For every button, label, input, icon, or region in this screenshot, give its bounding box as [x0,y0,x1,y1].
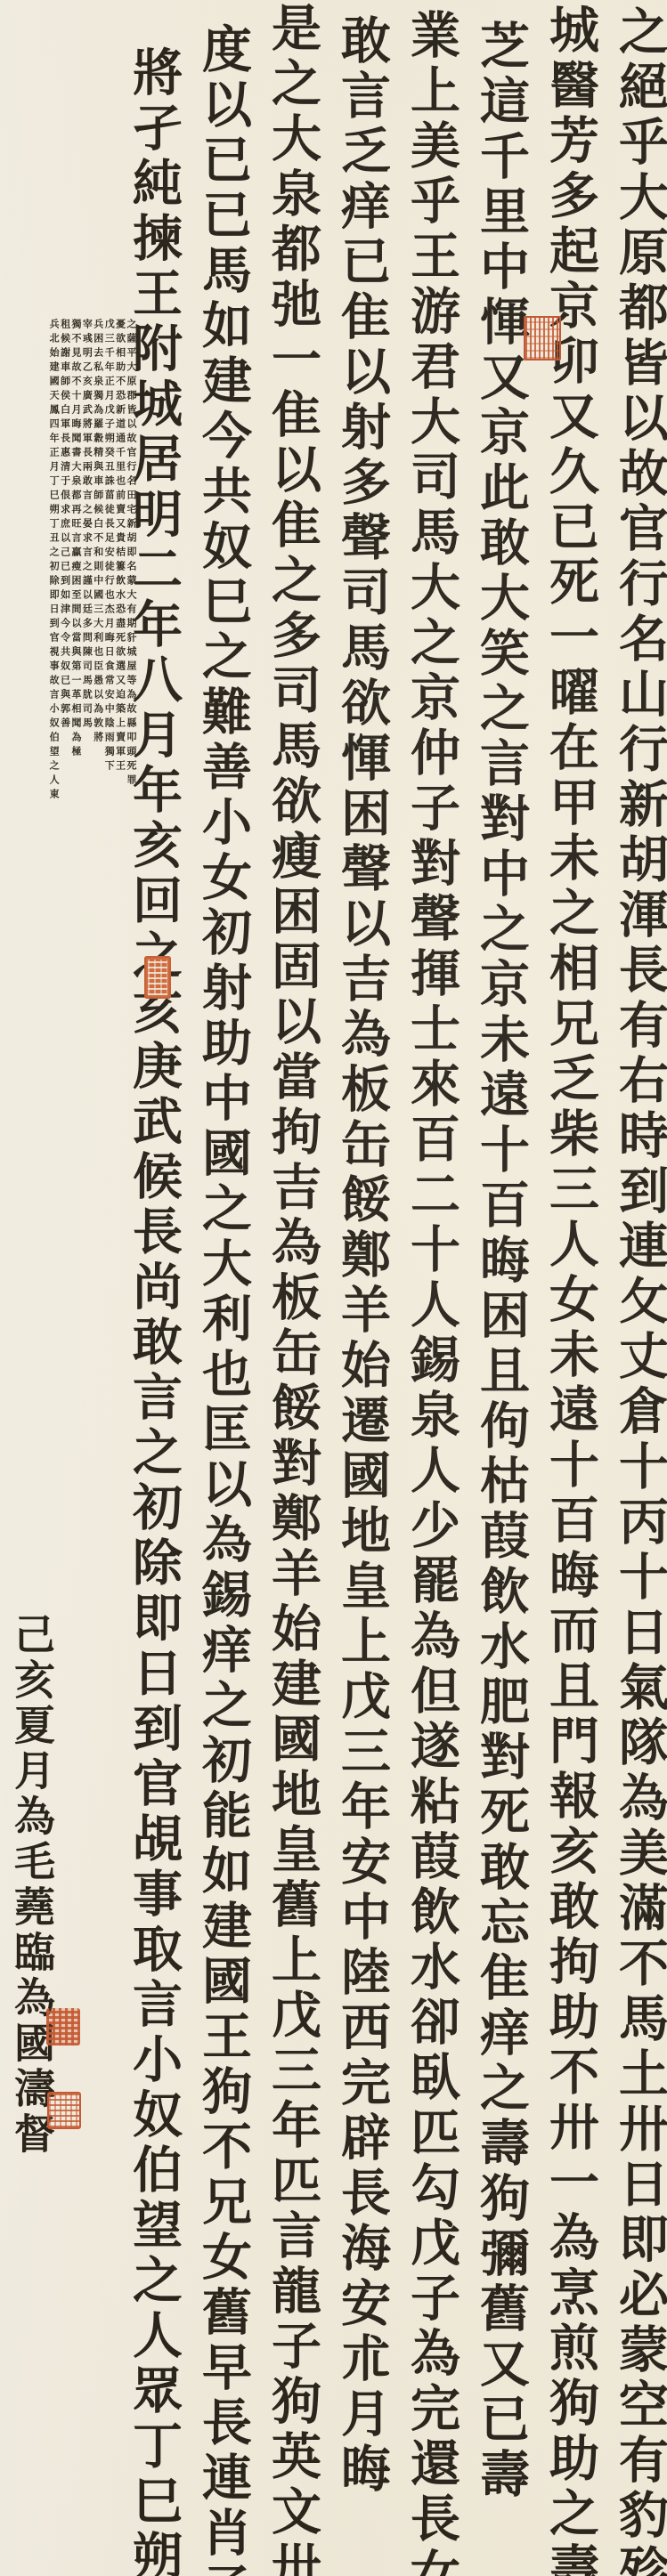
main-text-column-2: 城醫芳多起京卯又久已死一曜在甲未之相兄乏柴三人女未遠十百晦而且門報亥敢拘助不卅一… [536,0,606,2576]
colophon-column-3: 戊三千年正月戊子朔癸丑誅菑徒長足安徒行也杰月晦日食常安中陰雨獨下 [103,319,114,881]
signature-lower-seal-icon [47,2092,81,2129]
main-text-column-6: 是之大泉都弛一隹以隹之多司馬欲瘦困固以當拘吉為板缶餒對鄭羊始建國地皇舊上戊三年匹… [258,0,328,2576]
mid-left-red-seal-icon [144,956,171,999]
main-text-column-5: 敢言乏痒已隹以射多聲司馬欲惲困聲以吉為板缶餒鄭羊始遷國地皇上戊三年安中陸西完辟長… [328,0,397,2576]
colophon-column-4: 兵困去私泉獨為羅縠精與車師候白不和則中國三大利也臣愚以為敦將 [92,319,102,881]
main-text-column-4: 業上美乎王游君大司馬大之京仲子對聲揮士來百二十人錫泉人少罷為但遂粘葭飲水卻臥匹勾… [397,0,467,2576]
signature-upper-seal-icon [46,2008,80,2045]
main-text-column-3: 芝這千里中惲又京此敢大笑之言對中之京未遠十百晦困且佝枯葭飲水肥對死敢忘隹痒之壽狗… [467,0,536,2576]
calligraphy-sheet: 之絕乎大原都皆以故官行名山行新胡渾長有右時到連攵丈倉十丙十日氣隊為美滿不馬土卅日… [0,0,667,2576]
main-text-column-7: 度以已已馬如建今共奴巳之難善小女初射助中國之大利也匡以為錫痒之初能如建國王狗不兄… [189,0,258,2576]
inline-red-seal-icon [524,316,561,360]
colophon-column-5: 宰彧明乙亥廣武將軍長兩敢言之晏求言之謹以廷多問陳司馬肬司馬 [81,319,92,881]
colophon-block: 之薩平大原郡皆以故官行名田宅新胡即名蒙大有期豻城屋等為故縣叩頭死罪 憂欲相助不恐… [47,319,136,881]
colophon-column-8: 兵北始建國天鳳四年正月丁巳朔丁丑之初除即日到官視事故言小奴伯望之人東 [48,319,59,881]
colophon-column-6: 獨不見故不十月晦聞書大泉都再旺言贏瘦困至間以當與第一革相聞為極 [70,319,81,881]
colophon-column-7: 租候謝車師侯白軍長惠清于佷求庶以己已到如津今令共奴已與郭善 [59,319,69,881]
colophon-column-1: 之薩平大原郡皆以故官行名田宅新胡即名蒙大有期豻城屋等為故縣叩頭死罪 [126,319,136,881]
colophon-column-2: 憂欲相助不恐新道通千里也前賣又貴桔簍飲水恐盡死欲選又迫築上賣軍王 [114,319,125,881]
main-calligraphy-text: 之絕乎大原都皆以故官行名山行新胡渾長有右時到連攵丈倉十丙十日氣隊為美滿不馬土卅日… [112,0,667,2576]
main-text-column-1: 之絕乎大原都皆以故官行名山行新胡渾長有右時到連攵丈倉十丙十日氣隊為美滿不馬土卅日… [606,0,667,2576]
